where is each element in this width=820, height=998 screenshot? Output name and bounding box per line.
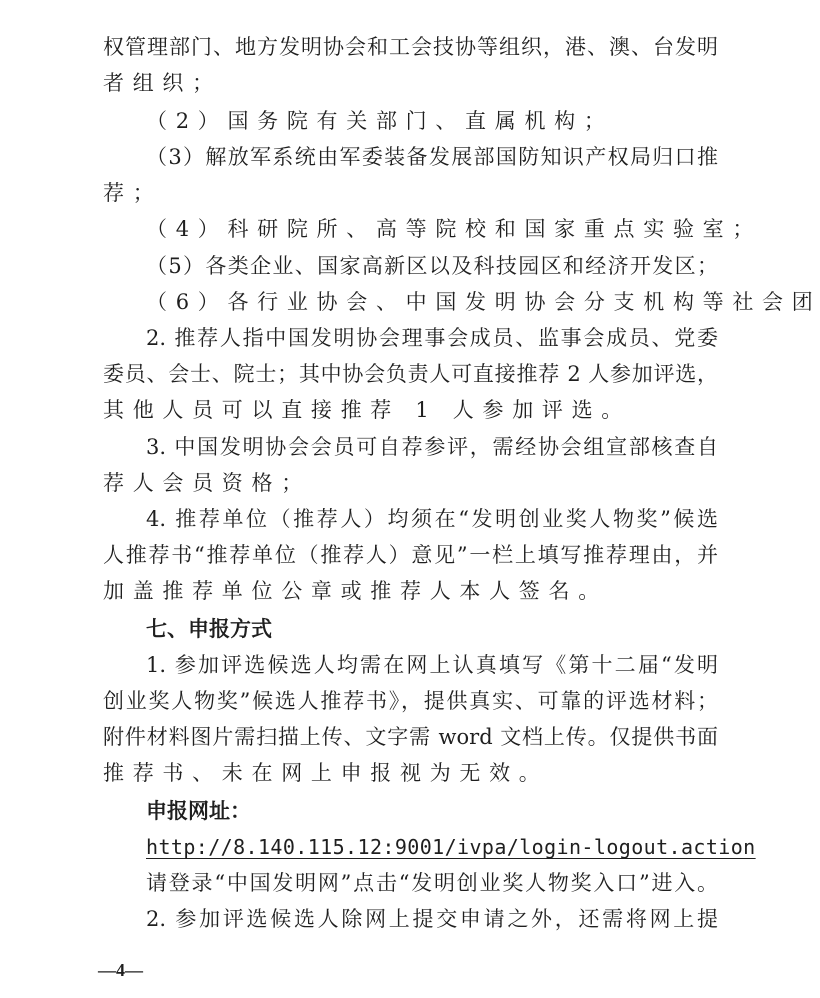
submission-url-link[interactable]: http://8.140.115.12:9001/ivpa/login-logo… — [146, 835, 756, 859]
text-line: 委员、会士、院士；其中协会负责人可直接推荐 2 人参加评选， — [103, 356, 718, 392]
section-heading: 七、申报方式 — [146, 611, 718, 647]
paragraph-2: 2. 推荐人指中国发明协会理事会成员、监事会成员、党委 — [146, 320, 718, 356]
text-line: 其他人员可以直接推荐 1 人参加评选。 — [103, 392, 718, 428]
text-line: 创业奖人物奖”候选人推荐书》，提供真实、可靠的评选材料； — [103, 683, 718, 719]
url-label: 申报网址： — [146, 793, 718, 829]
document-page: 权管理部门、地方发明协会和工会技协等组织，港、澳、台发明 者组织； （2）国务院… — [0, 0, 820, 998]
paragraph-submit-2: 2. 参加评选候选人除网上提交申请之外，还需将网上提 — [146, 901, 718, 937]
text-line: 荐； — [103, 175, 718, 211]
paragraph-4: 4. 推荐单位（推荐人）均须在“发明创业奖人物奖”候选 — [146, 501, 718, 537]
paragraph-3: 3. 中国发明协会会员可自荐参评，需经协会组宣部核查自 — [146, 429, 718, 465]
text-line: 推荐书、未在网上申报视为无效。 — [103, 755, 718, 791]
text-line: 者组织； — [103, 65, 718, 101]
text-line: 人推荐书“推荐单位（推荐人）意见”一栏上填写推荐理由，并 — [103, 537, 718, 573]
text-line: 权管理部门、地方发明协会和工会技协等组织，港、澳、台发明 — [103, 29, 718, 65]
list-item-4: （4）科研院所、高等院校和国家重点实验室； — [146, 211, 718, 247]
submission-url[interactable]: http://8.140.115.12:9001/ivpa/login-logo… — [146, 829, 718, 865]
text-line: 请登录“中国发明网”点击“发明创业奖人物奖入口”进入。 — [146, 865, 718, 901]
list-item-2: （2）国务院有关部门、直属机构； — [146, 103, 718, 139]
list-item-3: （3）解放军系统由军委装备发展部国防知识产权局归口推 — [146, 139, 718, 175]
text-line: 附件材料图片需扫描上传、文字需 word 文档上传。仅提供书面 — [103, 719, 718, 755]
list-item-6: （6）各行业协会、中国发明协会分支机构等社会团体。 — [146, 284, 718, 320]
text-line: 加盖推荐单位公章或推荐人本人签名。 — [103, 573, 718, 609]
list-item-5: （5）各类企业、国家高新区以及科技园区和经济开发区； — [146, 248, 718, 284]
page-number: —4— — [98, 960, 143, 981]
text-line: 荐人会员资格； — [103, 465, 718, 501]
paragraph-submit-1: 1. 参加评选候选人均需在网上认真填写《第十二届“发明 — [146, 647, 718, 683]
